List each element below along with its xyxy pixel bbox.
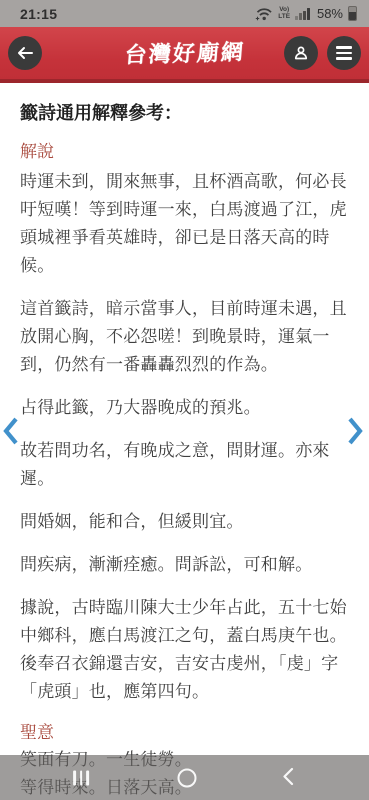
fortune-content: 籤詩通用解釋參考： 解說 時運未到，閒來無事，且杯酒高歌，何必長吁短嘆！等到時運… — [0, 83, 369, 800]
recents-icon — [73, 770, 89, 785]
section-heading-sacred-meaning: 聖意 — [20, 721, 349, 745]
wifi-plus-icon — [255, 7, 273, 21]
menu-button[interactable] — [327, 36, 361, 70]
nav-back-button[interactable] — [278, 763, 298, 792]
paragraph: 問疾病，漸漸痊癒。問訴訟，可和解。 — [20, 551, 349, 579]
status-icons: Vo) LTE 58% — [255, 6, 357, 21]
nav-home-button[interactable] — [174, 764, 201, 791]
section-heading-explanation: 解說 — [20, 140, 349, 164]
battery-icon — [348, 6, 357, 21]
paragraph: 問婚姻，能和合，但緩則宜。 — [20, 508, 349, 536]
battery-percent: 58% — [317, 6, 343, 21]
paragraph: 這首籤詩，暗示當事人，目前時運未遇，且放開心胸，不必怨嗟！到晚景時，運氣一到，仍… — [20, 295, 349, 379]
paragraph: 故若問功名，有晚成之意，問財運。亦來遲。 — [20, 437, 349, 493]
hamburger-menu-icon — [336, 46, 352, 59]
chevron-left-icon — [2, 416, 19, 446]
paragraph: 據說，古時臨川陳大士少年占此，五十七始中鄉科，應白馬渡江之句，蓋白馬庚午也。後奉… — [20, 594, 349, 706]
nav-recents-button[interactable] — [69, 766, 93, 789]
phone-screen: 21:15 Vo) LTE 58% — [0, 0, 369, 800]
back-icon — [282, 767, 294, 785]
clock: 21:15 — [20, 6, 57, 22]
back-arrow-icon — [16, 46, 34, 60]
chevron-right-icon — [347, 416, 364, 446]
paragraph: 占得此籤，乃大器晚成的預兆。 — [20, 394, 349, 422]
android-nav-bar — [0, 755, 369, 800]
home-icon — [178, 768, 197, 787]
app-header: 台灣好廟網 — [0, 27, 369, 83]
volte-icon: Vo) LTE — [278, 7, 290, 20]
back-button[interactable] — [8, 36, 42, 70]
carousel-prev-button[interactable] — [2, 416, 19, 449]
carousel-next-button[interactable] — [347, 416, 364, 449]
page-title: 籤詩通用解釋參考： — [20, 101, 349, 126]
person-icon — [293, 45, 309, 61]
paragraph: 時運未到，閒來無事，且杯酒高歌，何必長吁短嘆！等到時運一來，白馬渡過了江，虎頭城… — [20, 168, 349, 280]
header-actions — [284, 36, 361, 70]
app-logo: 台灣好廟網 — [123, 35, 246, 69]
status-bar: 21:15 Vo) LTE 58% — [0, 0, 369, 27]
profile-button[interactable] — [284, 36, 318, 70]
signal-bars-icon — [295, 8, 310, 20]
